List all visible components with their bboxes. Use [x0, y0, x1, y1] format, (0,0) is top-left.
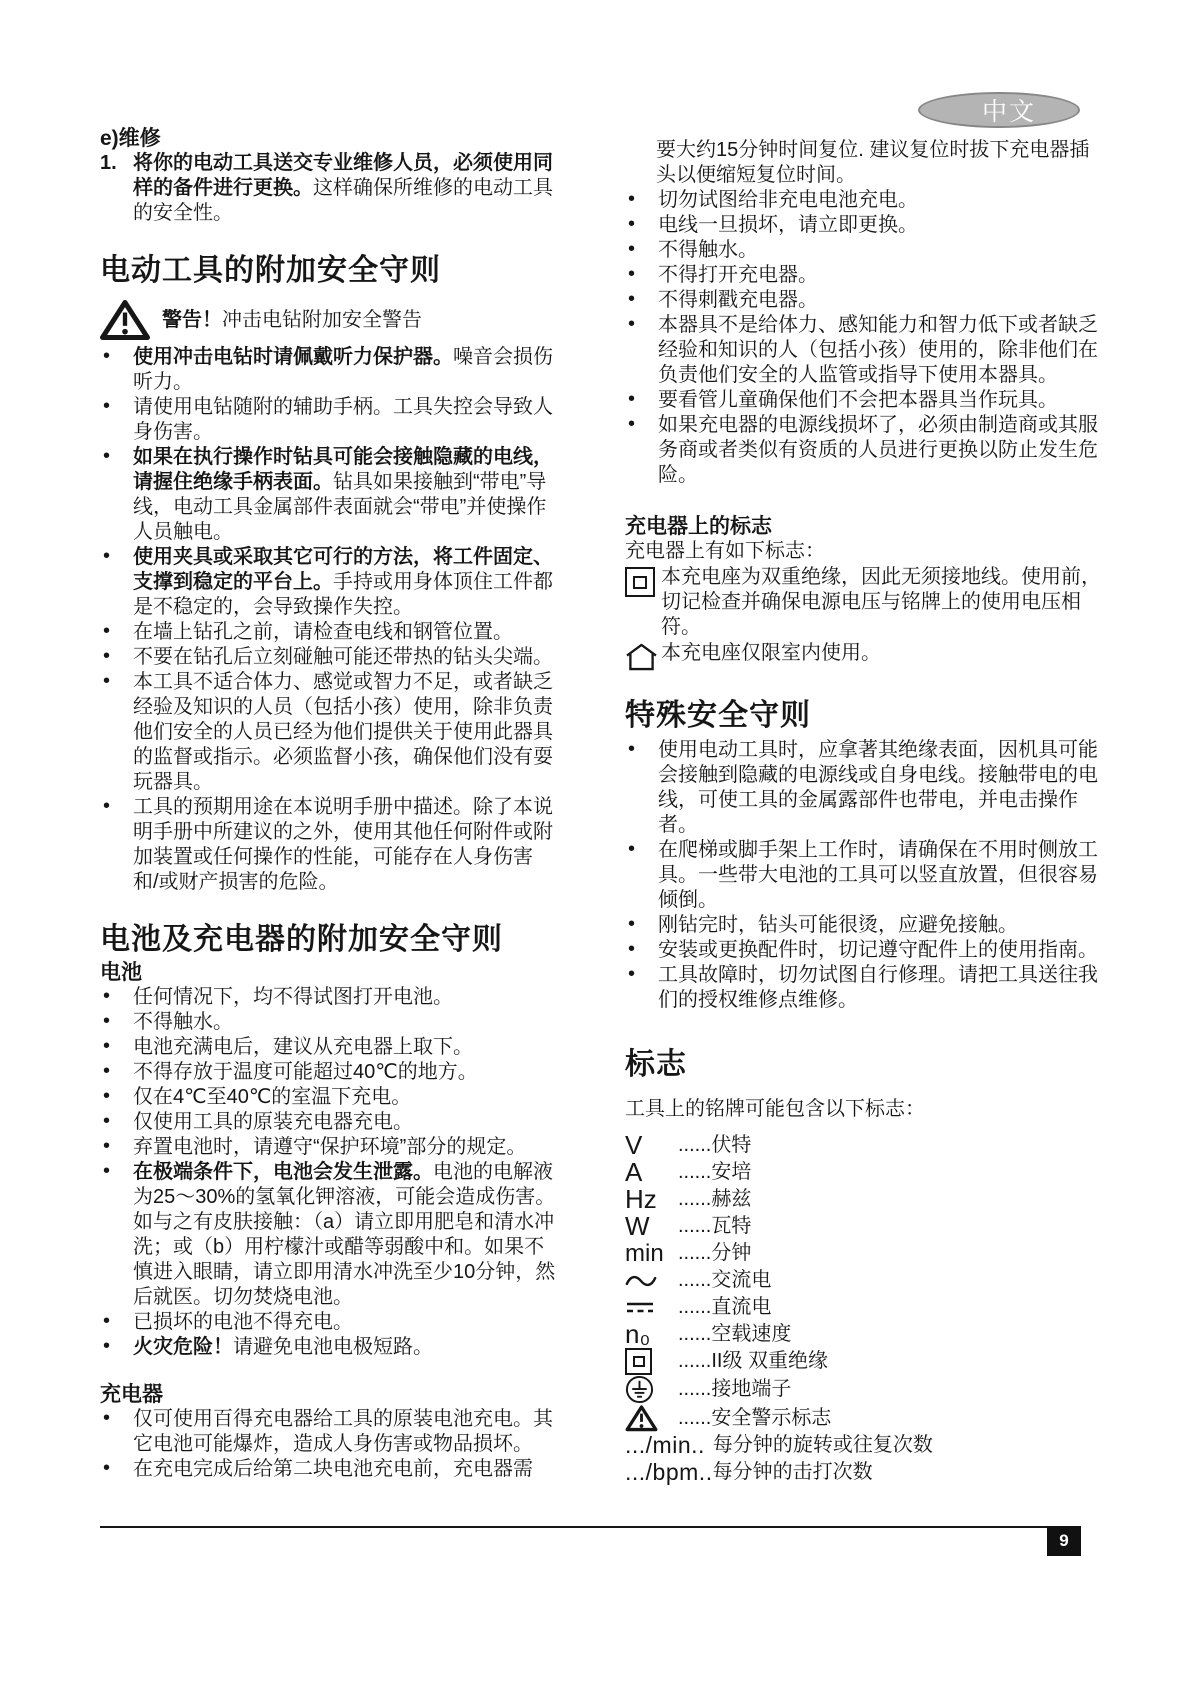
symbol-label: 每分钟的旋转或往复次数 — [705, 1433, 933, 1458]
warning-triangle-icon — [625, 1404, 678, 1432]
hertz-symbol: Hz — [625, 1186, 678, 1213]
left-column: e)维修 1. 将你的电动工具送交专业维修人员，必须使用同样的备件进行更换。这样… — [100, 126, 558, 1482]
ampere-symbol: A — [625, 1159, 678, 1186]
double-insulation-icon — [625, 567, 655, 597]
charger-subheading: 充电器 — [100, 1382, 558, 1407]
warning-label: 警告！ — [162, 309, 222, 331]
bullet-item: 如果在执行操作时钻具可能会接触隐藏的电线，请握住绝缘手柄表面。钻具如果接触到“带… — [100, 445, 558, 545]
double-insulation-icon — [625, 1348, 678, 1375]
bullet-text: 本工具不适合体力、感觉或智力不足，或者缺乏经验及知识的人员（包括小孩）使用，除非… — [133, 671, 553, 793]
warning-description: 冲击电钻附加安全警告 — [222, 309, 422, 331]
bullet-item: 工具的预期用途在本说明手册中描述。除了本说明手册中所建议的之外，使用其他任何附件… — [100, 795, 558, 895]
symbol-label: 每分钟的击打次数 — [713, 1460, 873, 1485]
ac-icon — [625, 1272, 678, 1290]
bullet-item: 在墙上钻孔之前，请检查电线和钢管位置。 — [100, 620, 558, 645]
bullet-text: 仅使用工具的原装充电器充电。 — [133, 1111, 413, 1133]
symbol-label: ......接地端子 — [678, 1377, 791, 1402]
bullet-text: 本器具不是给体力、感知能力和智力低下或者缺乏经验和知识的人（包括小孩）使用的，除… — [658, 314, 1098, 386]
bullet-item: 仅可使用百得充电器给工具的原装电池充电。其它电池可能爆炸，造成人身伤害或物品损坏… — [100, 1407, 558, 1457]
bullet-item: 如果充电器的电源线损坏了，必须由制造商或其服务商或者类似有资质的人员进行更换以防… — [625, 413, 1105, 488]
bullet-item: 使用冲击电钻时请佩戴听力保护器。噪音会损伤听力。 — [100, 345, 558, 395]
symbol-row: .../min.. 每分钟的旋转或往复次数 — [625, 1432, 1105, 1459]
bullet-text: 不得刺戳充电器。 — [658, 289, 818, 311]
bullet-text: 不得触水。 — [133, 1011, 233, 1033]
bullet-text: 不得触水。 — [658, 239, 758, 261]
service-item: 1. 将你的电动工具送交专业维修人员，必须使用同样的备件进行更换。这样确保所维修… — [100, 151, 558, 226]
symbol-row: ......接地端子 — [625, 1375, 1105, 1404]
bullet-bold: 在极端条件下，电池会发生泄露。 — [133, 1161, 433, 1183]
bullet-text: 要看管儿童确保他们不会把本器具当作玩具。 — [658, 389, 1058, 411]
service-heading: e)维修 — [100, 126, 558, 151]
bullet-item: 不得刺戳充电器。 — [625, 288, 1105, 313]
mark-text: 本充电座为双重绝缘，因此无须接地线。使用前，切记检查并确保电源电压与铭牌上的使用… — [661, 566, 1101, 638]
symbol-label: ......伏特 — [678, 1133, 751, 1158]
bullet-text: 请使用电钻随附的辅助手柄。工具失控会导致人身伤害。 — [133, 396, 553, 443]
no-load-speed-symbol: n₀ — [625, 1321, 678, 1348]
language-badge: 中文 — [918, 92, 1080, 128]
bullet-item: 本器具不是给体力、感知能力和智力低下或者缺乏经验和知识的人（包括小孩）使用的，除… — [625, 313, 1105, 388]
bullet-text: 不得存放于温度可能超过40℃的地方。 — [133, 1061, 478, 1083]
bullet-item: 要看管儿童确保他们不会把本器具当作玩具。 — [625, 388, 1105, 413]
warning-text: 警告！冲击电钻附加安全警告 — [162, 308, 422, 333]
bullet-text: 任何情况下，均不得试图打开电池。 — [133, 986, 453, 1008]
symbol-row: ......安全警示标志 — [625, 1404, 1105, 1432]
bullet-item: 本工具不适合体力、感觉或智力不足，或者缺乏经验及知识的人员（包括小孩）使用，除非… — [100, 670, 558, 795]
bullet-text: 工具故障时，切勿试图自行修理。请把工具送往我们的授权维修点维修。 — [658, 964, 1098, 1011]
mark-double-insulation: 本充电座为双重绝缘，因此无须接地线。使用前，切记检查并确保电源电压与铭牌上的使用… — [625, 565, 1105, 640]
bpm-symbol: .../bpm.. — [625, 1459, 713, 1486]
symbol-label: ......安全警示标志 — [678, 1406, 831, 1431]
section-title-power-tool-safety: 电动工具的附加安全守则 — [100, 253, 558, 289]
bullet-item: 切勿试图给非充电电池充电。 — [625, 188, 1105, 213]
manual-page: 中文 e)维修 1. 将你的电动工具送交专业维修人员，必须使用同样的备件进行更换… — [0, 0, 1190, 1684]
bullet-item: 使用电动工具时，应拿著其绝缘表面，因机具可能会接触到隐藏的电源线或自身电线。接触… — [625, 738, 1105, 838]
bullet-text: 仅可使用百得充电器给工具的原装电池充电。其它电池可能爆炸，造成人身伤害或物品损坏… — [133, 1408, 553, 1455]
symbol-row: A ......安培 — [625, 1159, 1105, 1186]
page-number-text: 9 — [1059, 1531, 1068, 1551]
section-title-battery-charger-safety: 电池及充电器的附加安全守则 — [100, 922, 558, 958]
charger-marks-intro: 充电器上有如下标志： — [625, 539, 1105, 564]
minute-symbol: min — [625, 1240, 678, 1267]
rpm-symbol: .../min.. — [625, 1432, 705, 1459]
symbol-label: ......安培 — [678, 1160, 751, 1185]
symbol-label: ......直流电 — [678, 1295, 771, 1320]
section-title-symbols: 标志 — [625, 1047, 1105, 1083]
bullet-item: 仅在4℃至40℃的室温下充电。 — [100, 1085, 558, 1110]
bullet-item: 不得打开充电器。 — [625, 263, 1105, 288]
bullet-text: 如果充电器的电源线损坏了，必须由制造商或其服务商或者类似有资质的人员进行更换以防… — [658, 414, 1098, 486]
bullet-item: 刚钻完时，钻头可能很烫，应避免接触。 — [625, 913, 1105, 938]
symbol-label: ......交流电 — [678, 1268, 771, 1293]
footer-rule — [100, 1526, 1047, 1528]
watt-symbol: W — [625, 1213, 678, 1240]
symbol-row: Hz ......赫兹 — [625, 1186, 1105, 1213]
earth-terminal-icon — [625, 1375, 678, 1404]
symbol-label: ......赫兹 — [678, 1187, 751, 1212]
bullet-text: 电池的电解液为25～30%的氢氧化钾溶液，可能会造成伤害。如与之有皮肤接触：（a… — [133, 1161, 555, 1308]
bullet-text: 在爬梯或脚手架上工作时，请确保在不用时侧放工具。一些带大电池的工具可以竖直放置，… — [658, 839, 1098, 911]
bullet-text: 电线一旦损坏，请立即更换。 — [658, 214, 918, 236]
symbol-label: ......分钟 — [678, 1241, 751, 1266]
bullet-item: 火灾危险！请避免电池电极短路。 — [100, 1335, 558, 1360]
bullet-item: 在极端条件下，电池会发生泄露。电池的电解液为25～30%的氢氧化钾溶液，可能会造… — [100, 1160, 558, 1310]
volt-symbol: V — [625, 1132, 678, 1159]
symbol-row: W ......瓦特 — [625, 1213, 1105, 1240]
bullet-item: 任何情况下，均不得试图打开电池。 — [100, 985, 558, 1010]
symbol-row: n₀ ......空载速度 — [625, 1321, 1105, 1348]
mark-text: 本充电座仅限室内使用。 — [661, 642, 881, 664]
symbol-row: ......直流电 — [625, 1294, 1105, 1321]
bullet-text: 刚钻完时，钻头可能很烫，应避免接触。 — [658, 914, 1018, 936]
bullet-bold: 火灾危险！ — [133, 1336, 233, 1358]
charger-continuation-text: 要大约15分钟时间复位. 建议复位时拔下充电器插头以便缩短复位时间。 — [625, 138, 1105, 188]
symbol-label: ......II级 双重绝缘 — [678, 1349, 828, 1374]
bullet-item: 使用夹具或采取其它可行的方法，将工件固定、支撑到稳定的平台上。手持或用身体顶住工… — [100, 545, 558, 620]
service-item-number: 1. — [100, 151, 117, 176]
bullet-item: 弃置电池时，请遵守“保护环境”部分的规定。 — [100, 1135, 558, 1160]
symbol-label: ......瓦特 — [678, 1214, 751, 1239]
bullet-item: 不要在钻孔后立刻碰触可能还带热的钻头尖端。 — [100, 645, 558, 670]
symbol-label: ......空载速度 — [678, 1322, 791, 1347]
language-badge-label: 中文 — [982, 92, 1036, 128]
bullet-text: 仅在4℃至40℃的室温下充电。 — [133, 1086, 411, 1108]
bullet-text: 在充电完成后给第二块电池充电前，充电器需 — [133, 1458, 533, 1480]
bullet-item: 电池充满电后，建议从充电器上取下。 — [100, 1035, 558, 1060]
symbol-row: .../bpm.. 每分钟的击打次数 — [625, 1459, 1105, 1486]
charger-marks-heading: 充电器上的标志 — [625, 514, 1105, 539]
bullet-item: 在爬梯或脚手架上工作时，请确保在不用时侧放工具。一些带大电池的工具可以竖直放置，… — [625, 838, 1105, 913]
bullet-text: 工具的预期用途在本说明手册中描述。除了本说明手册中所建议的之外，使用其他任何附件… — [133, 796, 553, 893]
page-number: 9 — [1047, 1526, 1081, 1556]
symbol-row: min ......分钟 — [625, 1240, 1105, 1267]
bullet-item: 不得触水。 — [100, 1010, 558, 1035]
bullet-text: 安装或更换配件时，切记遵守配件上的使用指南。 — [658, 939, 1098, 961]
symbol-row: ......II级 双重绝缘 — [625, 1348, 1105, 1375]
bullet-text: 不得打开充电器。 — [658, 264, 818, 286]
bullet-text: 使用电动工具时，应拿著其绝缘表面，因机具可能会接触到隐藏的电源线或自身电线。接触… — [658, 739, 1098, 836]
battery-subheading: 电池 — [100, 960, 558, 985]
symbol-row: V ......伏特 — [625, 1132, 1105, 1159]
bullet-bold: 使用冲击电钻时请佩戴听力保护器。 — [133, 346, 453, 368]
bullet-item: 工具故障时，切勿试图自行修理。请把工具送往我们的授权维修点维修。 — [625, 963, 1105, 1013]
symbol-row: ......交流电 — [625, 1267, 1105, 1294]
house-icon — [625, 643, 658, 671]
bullet-item: 请使用电钻随附的辅助手柄。工具失控会导致人身伤害。 — [100, 395, 558, 445]
bullet-text: 弃置电池时，请遵守“保护环境”部分的规定。 — [133, 1136, 526, 1158]
bullet-text: 电池充满电后，建议从充电器上取下。 — [133, 1036, 473, 1058]
bullet-item: 仅使用工具的原装充电器充电。 — [100, 1110, 558, 1135]
mark-indoor-use: 本充电座仅限室内使用。 — [625, 641, 1105, 666]
bullet-item: 不得存放于温度可能超过40℃的地方。 — [100, 1060, 558, 1085]
bullet-text: 已损坏的电池不得充电。 — [133, 1311, 353, 1333]
right-column: 要大约15分钟时间复位. 建议复位时拔下充电器插头以便缩短复位时间。 切勿试图给… — [625, 138, 1105, 1486]
section-title-special-safety: 特殊安全守则 — [625, 698, 1105, 734]
bullet-text: 不要在钻孔后立刻碰触可能还带热的钻头尖端。 — [133, 646, 553, 668]
bullet-item: 已损坏的电池不得充电。 — [100, 1310, 558, 1335]
warning-row: 警告！冲击电钻附加安全警告 — [100, 299, 558, 341]
bullet-text: 在墙上钻孔之前，请检查电线和钢管位置。 — [133, 621, 513, 643]
symbols-intro: 工具上的铭牌可能包含以下标志： — [625, 1097, 1105, 1122]
bullet-text: 切勿试图给非充电电池充电。 — [658, 189, 918, 211]
bullet-item: 安装或更换配件时，切记遵守配件上的使用指南。 — [625, 938, 1105, 963]
dc-icon — [625, 1300, 678, 1315]
bullet-item: 在充电完成后给第二块电池充电前，充电器需 — [100, 1457, 558, 1482]
bullet-text: 请避免电池电极短路。 — [233, 1336, 433, 1358]
bullet-item: 电线一旦损坏，请立即更换。 — [625, 213, 1105, 238]
warning-triangle-icon — [100, 299, 150, 341]
bullet-item: 不得触水。 — [625, 238, 1105, 263]
